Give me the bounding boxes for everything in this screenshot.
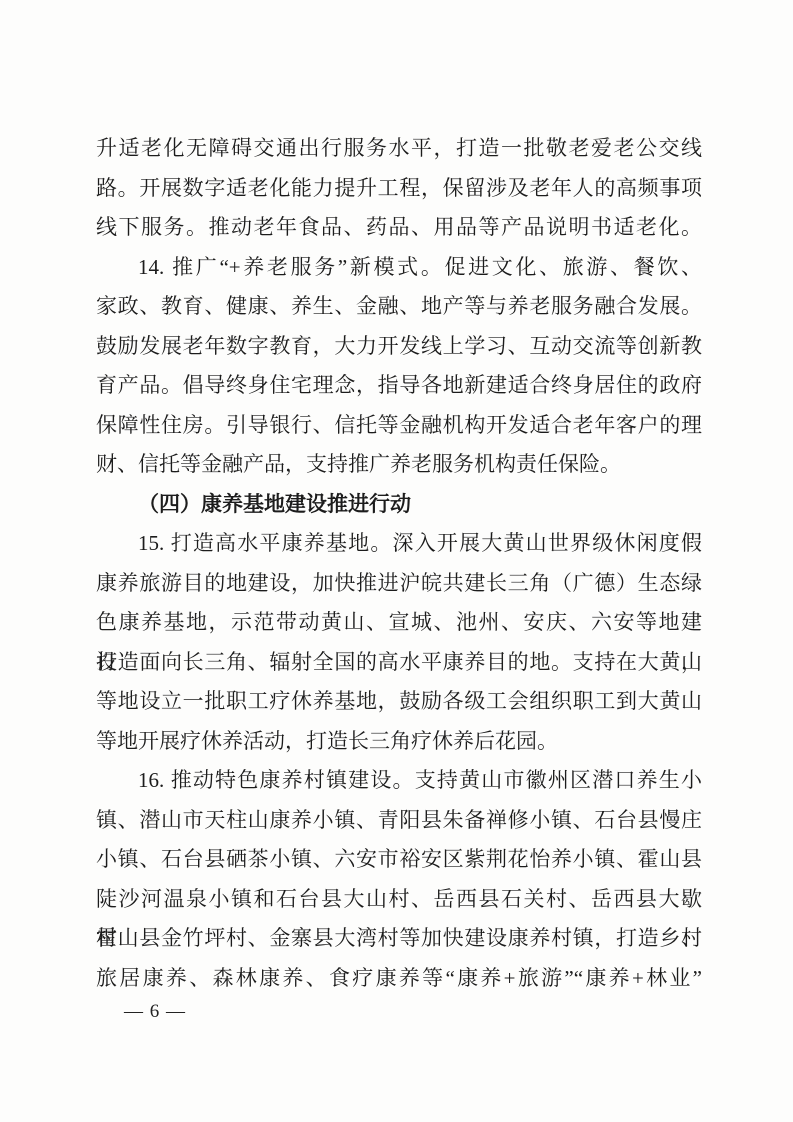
text-line: 小镇、石台县硒茶小镇、六安市裕安区紫荆花怡养小镇、霍山县 xyxy=(96,840,702,880)
text-line: 旅居康养、森林康养、食疗康养等“康养+旅游”“康养+林业” xyxy=(96,959,702,999)
text-line: 财、信托等金融产品，支持推广养老服务机构责任保险。 xyxy=(96,445,702,485)
text-line: 家政、教育、健康、养生、金融、地产等与养老服务融合发展。 xyxy=(96,287,702,327)
text-line: 康养旅游目的地建设，加快推进沪皖共建长三角（广德）生态绿 xyxy=(96,564,702,604)
text-line: 色康养基地，示范带动黄山、宣城、池州、安庆、六安等地建设， xyxy=(96,603,702,643)
text-line: 等地开展疗休养活动，打造长三角疗休养后花园。 xyxy=(96,722,702,762)
text-line: 育产品。倡导终身住宅理念，指导各地新建适合终身居住的政府 xyxy=(96,366,702,406)
paragraph-16-start-line: 16. 推动特色康养村镇建设。支持黄山市徽州区潜口养生小 xyxy=(96,761,702,801)
text-line: 保障性住房。引导银行、信托等金融机构开发适合老年客户的理 xyxy=(96,406,702,446)
text-line: 打造面向长三角、辐射全国的高水平康养目的地。支持在大黄山 xyxy=(96,643,702,683)
document-page: 升适老化无障碍交通出行服务水平，打造一批敬老爱老公交线 路。开展数字适老化能力提… xyxy=(0,0,793,1122)
text-line: 线下服务。推动老年食品、药品、用品等产品说明书适老化。 xyxy=(96,208,702,248)
text-line: 镇、潜山市天柱山康养小镇、青阳县朱备禅修小镇、石台县慢庄 xyxy=(96,801,702,841)
document-text-block: 升适老化无障碍交通出行服务水平，打造一批敬老爱老公交线 路。开展数字适老化能力提… xyxy=(96,129,702,998)
text-line: 等地设立一批职工疗休养基地，鼓励各级工会组织职工到大黄山 xyxy=(96,682,702,722)
text-line: 路。开展数字适老化能力提升工程，保留涉及老年人的高频事项 xyxy=(96,169,702,209)
text-line: 鼓励发展老年数字教育，大力开发线上学习、互动交流等创新教 xyxy=(96,327,702,367)
text-line: 升适老化无障碍交通出行服务水平，打造一批敬老爱老公交线 xyxy=(96,129,702,169)
text-line: 霍山县金竹坪村、金寨县大湾村等加快建设康养村镇，打造乡村 xyxy=(96,919,702,959)
paragraph-14-start-line: 14. 推广“+养老服务”新模式。促进文化、旅游、餐饮、 xyxy=(96,248,702,288)
text-line: 陡沙河温泉小镇和石台县大山村、岳西县石关村、岳西县大歇村、 xyxy=(96,880,702,920)
paragraph-15-start-line: 15. 打造高水平康养基地。深入开展大黄山世界级休闲度假 xyxy=(96,524,702,564)
page-number: — 6 — xyxy=(124,998,186,1026)
section-heading: （四）康养基地建设推进行动 xyxy=(96,485,702,525)
